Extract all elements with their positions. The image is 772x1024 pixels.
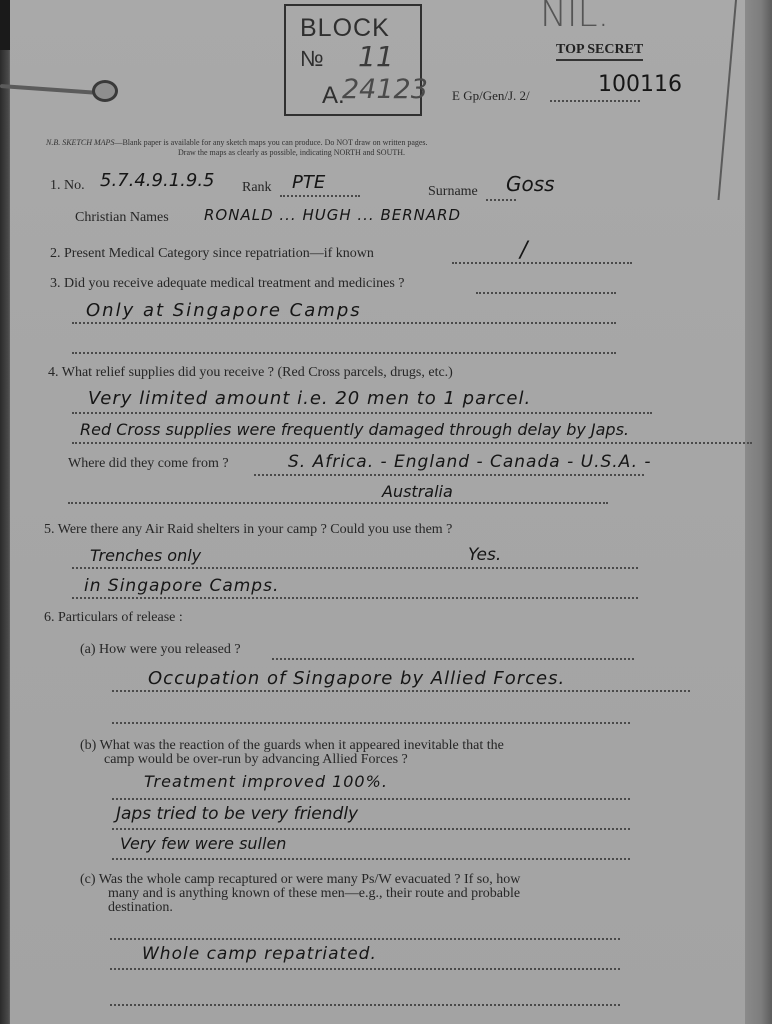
q6b-dots-2 [112,828,630,830]
q4-dots-4 [68,502,608,504]
q6b-answer-line3: Very few were sullen [120,834,286,853]
q1-christian-names-label: Christian Names [75,210,169,226]
q6c-dots-1 [110,938,620,940]
stamp-no-label: № [300,46,324,72]
q3-dots-3 [72,352,616,354]
reference-value: 100116 [598,72,682,97]
q3-answer-line1: Only at Singapore Camps [86,300,362,321]
q3-label: 3. Did you receive adequate medical trea… [50,276,405,292]
q6b-answer-line1: Treatment improved 100%. [144,772,388,791]
q1-number-value: 5.7.4.9.1.9.5 [100,170,215,191]
q2-answer: / [520,238,527,263]
q6b-answer-line2: Japs tried to be very friendly [116,804,358,824]
q4-label: 4. What relief supplies did you receive … [48,365,453,381]
q1-rank-label: Rank [242,180,272,196]
q5-dots-1 [72,567,638,569]
q1-surname-label: Surname [428,184,478,200]
q1-surname-dots [486,199,516,201]
stamp-no-value: 11 [358,40,394,73]
q5-answer-line1-a: Trenches only [90,546,201,565]
q4-answer-line1: Very limited amount i.e. 20 men to 1 par… [88,388,531,409]
q4-dots-3 [254,474,644,476]
q6c-dots-3 [110,1004,620,1006]
sketch-maps-note-text: —Blank paper is available for any sketch… [114,138,427,147]
stamp-block-label: BLOCK [300,14,390,43]
q6a-dots-3 [112,722,630,724]
q4-source-label: Where did they come from ? [68,456,229,472]
q6b-dots-3 [112,858,630,860]
block-stamp: BLOCK № 11 A. 24123 [284,4,422,116]
sketch-maps-note-line1: N.B. SKETCH MAPS—Blank paper is availabl… [46,138,428,147]
q5-label: 5. Were there any Air Raid shelters in y… [44,522,452,538]
q6c-label-line3: destination. [108,900,173,916]
q1-rank-dots [280,195,360,197]
q2-dots [452,262,632,264]
q1-surname-value: Goss [506,172,555,196]
q6a-dots-2 [112,690,690,692]
q1-christian-names-value: RONALD ... HUGH ... BERNARD [204,206,461,224]
q5-dots-2 [72,597,638,599]
q1-rank-value: PTE [292,172,325,193]
q3-dots-2 [72,322,616,324]
pencil-note: NIL. [540,0,609,35]
q6a-dots-1 [272,658,634,660]
q5-answer-line2: in Singapore Camps. [84,576,279,596]
q6-label: 6. Particulars of release : [44,610,183,626]
q4-answer-line2: Red Cross supplies were frequently damag… [80,420,629,439]
reference-dots [550,100,640,102]
sketch-maps-note-heading: N.B. SKETCH MAPS [46,138,114,147]
q6b-dots-1 [112,798,630,800]
treasury-tag-eyelet [92,80,118,102]
q6c-dots-2 [110,968,620,970]
reference-label: E Gp/Gen/J. 2/ [452,88,530,104]
q1-number-label: 1. No. [50,178,85,194]
q3-dots-1 [476,292,616,294]
classification-label: TOP SECRET [556,42,643,61]
q6a-label: (a) How were you released ? [80,642,241,658]
q6a-answer: Occupation of Singapore by Allied Forces… [148,668,565,689]
q6c-answer: Whole camp repatriated. [142,944,377,964]
q4-dots-1 [72,412,652,414]
q2-label: 2. Present Medical Category since repatr… [50,246,374,262]
sketch-maps-note-line2: Draw the maps as clearly as possible, in… [178,148,405,157]
stamp-a-value: 24123 [342,74,428,105]
q6b-label-line2: camp would be over-run by advancing Alli… [104,752,408,768]
q4-source-answer-line2: Australia [382,482,453,501]
q4-source-answer-line1: S. Africa. - England - Canada - U.S.A. - [288,452,652,472]
page-stack-edge [745,0,772,1024]
q5-answer-line1-b: Yes. [468,545,501,565]
q4-dots-2 [72,442,752,444]
